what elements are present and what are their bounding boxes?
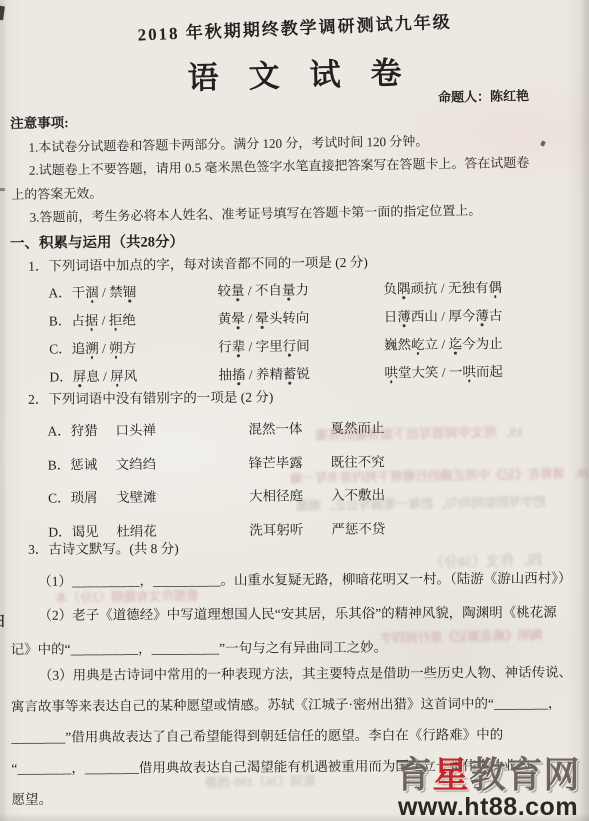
option-cell: 口头禅 (115, 413, 248, 448)
exam-session-title: 2018 年秋期期终教学调研测试九年级 (0, 2, 589, 52)
option-cell: 文绉绉 (116, 446, 249, 481)
question-1-stem: 1．下列词语中加点的字，每对读音都不同的一项是 (2 分) (10, 248, 585, 275)
question-2-stem: 2．下列词语中没有错别字的一项是 (2 分) (10, 382, 585, 408)
question-1-options: A．干涸 / 禁锢 较量 / 不自量力 负隅顽抗 / 无独有偶 B．占据 / 拒… (10, 273, 586, 391)
watermark: 育星教育网 www.ht88.com (390, 757, 586, 820)
option-cell: B．惩诫 (48, 447, 116, 481)
paper-setter: 命题人：陈红艳 (438, 85, 529, 106)
q3-part3-line: （3）用典是古诗词中常用的一种表现方法，其主要特点是借助一些历史人物、神话传说、 (11, 665, 586, 683)
option-cell: 行辈 / 字里行间 (218, 331, 384, 360)
q3-part3-line: 寓言故事等来表达自己的某种愿望或情感。苏轼《江城子·密州出猎》这首词中的“___… (11, 696, 586, 714)
watermark-logo-text: 教育网 (470, 754, 581, 795)
question-1: 1．下列词语中加点的字，每对读音都不同的一项是 (2 分) A．干涸 / 禁锢 … (10, 248, 587, 391)
option-cell: C．琐屑 (48, 481, 116, 515)
option-cell: 较量 / 不自量力 (217, 275, 383, 304)
exam-paper-page: 2018 年秋期期终教学调研测试九年级 语文试卷 命题人：陈红艳 注意事项: 1… (0, 0, 589, 821)
bleedthrough-text: 陶明《桃花源记》里行间四字 (380, 626, 543, 647)
q3-part3-line: ________”借用典故表达了自己希望能得到朝廷信任的愿望。李白在《行路难》中… (11, 727, 586, 745)
notice-block: 注意事项: 1.本试卷分试题卷和答题卡两部分。满分 120 分，考试时间 120… (10, 103, 583, 229)
watermark-logo-text: 育 (395, 754, 432, 795)
option-cell: A．狩猎 (47, 414, 115, 448)
watermark-logo-highlight: 星 (432, 754, 469, 795)
option-cell: 负隅顽抗 / 无独有偶 (383, 273, 585, 302)
bleedthrough-text: 致词（36）198·西游 (205, 771, 316, 791)
bleedthrough-text: 看图作文有提纲（2分）本 (55, 586, 199, 607)
watermark-url: www.ht88.com (390, 795, 586, 820)
option-cell: 巍然屹立 / 迄今为止 (384, 329, 586, 358)
margin-handwriting: 日 (0, 611, 6, 631)
scan-smudge (0, 6, 5, 21)
watermark-logo: 育星教育网 (390, 757, 586, 793)
q3-part2-line: （2）老子《道德经》中写道理想国人民“安其居，乐其俗”的精神风貌，陶渊明《桃花源 (10, 605, 585, 623)
scan-smudge (0, 188, 5, 191)
option-cell: B．占据 / 拒绝 (49, 305, 218, 334)
option-cell: A．干涸 / 禁锢 (48, 277, 217, 306)
bleedthrough-text: 19．用文中词语写出下面各题的答案 (315, 421, 523, 444)
option-cell: 日薄西山 / 厚今薄古 (384, 301, 586, 330)
option-cell: 黄晕 / 晕头转向 (218, 303, 384, 332)
section-1-heading: 一、积累与运用（共28分） (10, 230, 184, 253)
option-cell: C．追溯 / 朔方 (49, 333, 218, 362)
bleedthrough-text: 四、作文（50分） (430, 550, 542, 572)
q3-part1: （1）__________，__________。山重水复疑无路，柳暗花明又一村… (10, 571, 585, 589)
option-cell: 戈壁滩 (116, 480, 249, 515)
